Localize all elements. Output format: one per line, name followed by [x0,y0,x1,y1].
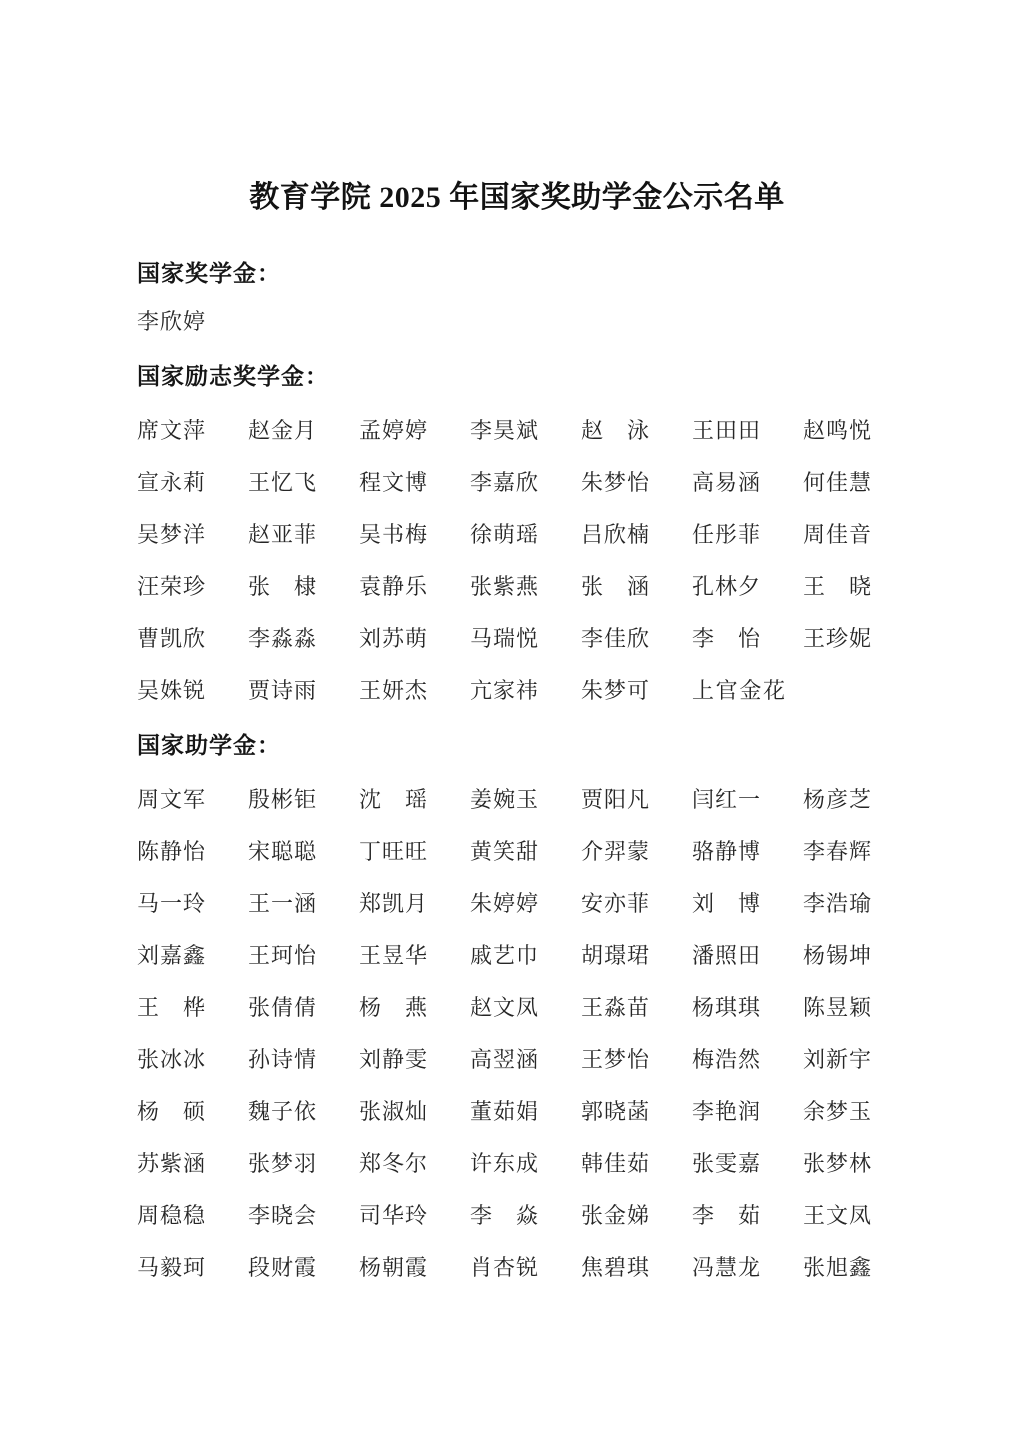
name-character: 刘 [692,892,714,915]
name-character: 瑶 [405,788,427,811]
student-name: 安亦菲 [581,892,649,915]
name-character: 婷 [516,892,538,915]
name-character: 李 [692,1204,714,1227]
name-character: 涵 [294,892,316,915]
name-character: 淼 [294,627,316,650]
name-character: 忆 [271,471,293,494]
name-character: 诗 [271,1048,293,1071]
student-name: 张梦林 [803,1152,871,1175]
name-character: 鑫 [183,944,205,967]
student-name: 王晓 [803,575,871,598]
name-character: 朝 [382,1256,404,1279]
name-character: 华 [405,944,427,967]
name-character: 周 [137,788,159,811]
student-name: 张梦羽 [248,1152,316,1175]
name-character: 婷 [405,419,427,442]
name-character: 凤 [849,1204,871,1227]
name-character: 张 [248,575,270,598]
student-name: 王桦 [137,996,205,1019]
name-character: 倩 [271,996,293,1019]
name-character: 张 [359,1100,381,1123]
name-character: 淑 [382,1100,404,1123]
name-character: 霞 [294,1256,316,1279]
student-name: 张旭鑫 [803,1256,871,1279]
name-character: 晓 [271,1204,293,1227]
name-character: 旺 [405,840,427,863]
name-character: 杨 [803,944,825,967]
student-name: 王忆飞 [248,471,316,494]
name-character: 新 [826,1048,848,1071]
name-character: 闫 [692,788,714,811]
student-name: 郭晓菡 [581,1100,649,1123]
name-character: 菲 [627,892,649,915]
name-character: 凤 [516,996,538,1019]
name-character: 欣 [627,627,649,650]
student-name: 马一玲 [137,892,205,915]
name-character: 朱 [470,892,492,915]
name-character: 永 [160,471,182,494]
student-name: 王妍杰 [359,679,427,702]
student-name: 苏紫涵 [137,1152,205,1175]
name-character: 艳 [715,1100,737,1123]
name-character: 东 [493,1152,515,1175]
name-character: 书 [382,523,404,546]
student-name: 王昱华 [359,944,427,967]
student-name: 赵泳 [581,419,649,442]
student-name: 戚艺巾 [470,944,538,967]
name-character: 菲 [294,523,316,546]
student-name: 何佳慧 [803,471,871,494]
name-character: 席 [137,419,159,442]
name-character: 子 [271,1100,293,1123]
name-character: 一 [738,788,760,811]
name-list-encouragement-scholarship: 席文萍赵金月孟婷婷李昊斌赵泳王田田赵鸣悦宣永莉王忆飞程文博李嘉欣朱梦怡高易涵何佳… [137,419,897,702]
student-name: 段财霞 [248,1256,316,1279]
name-character: 赵 [248,419,270,442]
name-character: 张 [803,1256,825,1279]
student-name: 潘照田 [692,944,760,967]
name-character: 一 [160,892,182,915]
name-character: 萌 [405,627,427,650]
student-name: 刘嘉鑫 [137,944,205,967]
name-character: 宣 [137,471,159,494]
name-character: 珂 [271,944,293,967]
name-character: 冯 [692,1256,714,1279]
name-character: 杰 [405,679,427,702]
name-character: 魏 [248,1100,270,1123]
student-name: 王田田 [692,419,760,442]
name-character: 嘉 [160,944,182,967]
student-name: 焦碧琪 [581,1256,649,1279]
student-name: 郑凯月 [359,892,427,915]
name-character: 李 [581,627,603,650]
student-name: 赵文凤 [470,996,538,1019]
student-name: 杨锡坤 [803,944,871,967]
name-character: 亢 [470,679,492,702]
name-character: 稳 [160,1204,182,1227]
name-character: 洋 [183,523,205,546]
name-character: 梅 [405,523,427,546]
name-character: 欣 [516,471,538,494]
name-character: 雨 [294,679,316,702]
name-character: 娣 [627,1204,649,1227]
student-name: 许东成 [470,1152,538,1175]
name-character: 焦 [581,1256,603,1279]
name-character: 欣 [183,627,205,650]
name-character: 琪 [738,996,760,1019]
student-name: 程文博 [359,471,427,494]
name-character: 梦 [271,1152,293,1175]
student-name: 胡璟珺 [581,944,649,967]
name-character: 李 [803,840,825,863]
name-character: 李 [470,419,492,442]
name-character: 阳 [604,788,626,811]
name-character: 文 [160,419,182,442]
name-character: 羿 [604,840,626,863]
student-name: 张棣 [248,575,316,598]
name-character: 吴 [359,523,381,546]
name-character: 妍 [382,679,404,702]
student-name: 赵金月 [248,419,316,442]
student-name: 张淑灿 [359,1100,427,1123]
name-character: 郑 [359,1152,381,1175]
name-character: 琪 [715,996,737,1019]
name-character: 贾 [248,679,270,702]
name-character: 静 [382,1048,404,1071]
student-name: 周稳稳 [137,1204,205,1227]
name-character: 佳 [826,523,848,546]
name-character: 凯 [382,892,404,915]
name-character: 文 [826,1204,848,1227]
student-name: 朱梦可 [581,679,649,702]
name-character: 夕 [738,575,760,598]
student-name: 李欣婷 [137,310,205,333]
name-character: 照 [715,944,737,967]
name-character: 璟 [604,944,626,967]
name-character: 华 [382,1204,404,1227]
name-character: 冰 [183,1048,205,1071]
name-character: 博 [405,471,427,494]
name-character: 苏 [137,1152,159,1175]
name-character: 宇 [849,1048,871,1071]
name-character: 董 [470,1100,492,1123]
name-character: 潘 [692,944,714,967]
name-character: 胡 [581,944,603,967]
section-encouragement-scholarship: 国家励志奖学金： 席文萍赵金月孟婷婷李昊斌赵泳王田田赵鸣悦宣永莉王忆飞程文博李嘉… [137,363,897,702]
student-name: 冯慧龙 [692,1256,760,1279]
name-character: 文 [160,788,182,811]
name-character: 陈 [803,996,825,1019]
name-character: 瑞 [493,627,515,650]
name-character: 田 [738,419,760,442]
name-character: 瑜 [849,892,871,915]
student-name: 杨燕 [359,996,427,1019]
name-character: 淼 [271,627,293,650]
name-character: 花 [763,679,785,702]
name-character: 骆 [692,840,714,863]
name-character: 浩 [715,1048,737,1071]
name-character: 许 [470,1152,492,1175]
name-character: 怡 [738,627,760,650]
name-character: 羽 [294,1152,316,1175]
name-character: 聪 [294,840,316,863]
name-character: 张 [803,1152,825,1175]
student-name: 李春辉 [803,840,871,863]
name-character: 涵 [516,1048,538,1071]
name-character: 燕 [405,996,427,1019]
name-character: 笑 [493,840,515,863]
name-character: 宋 [248,840,270,863]
name-character: 萌 [493,523,515,546]
name-character: 毅 [160,1256,182,1279]
name-character: 余 [803,1100,825,1123]
name-character: 杨 [692,996,714,1019]
student-name: 李怡 [692,627,760,650]
student-name: 徐萌瑶 [470,523,538,546]
name-character: 霞 [405,1256,427,1279]
name-character: 孔 [692,575,714,598]
name-character: 珂 [183,1256,205,1279]
student-name: 刘博 [692,892,760,915]
name-character: 王 [248,944,270,967]
name-list-national-grant: 周文军殷彬钜沈瑶姜婉玉贾阳凡闫红一杨彦芝陈静怡宋聪聪丁旺旺黄笑甜介羿蒙骆静博李春… [137,788,897,1279]
name-character: 莉 [183,471,205,494]
student-name: 赵亚菲 [248,523,316,546]
name-character: 冰 [160,1048,182,1071]
name-character: 荣 [160,575,182,598]
name-character: 亚 [271,523,293,546]
student-name: 张紫燕 [470,575,538,598]
student-name: 刘静雯 [359,1048,427,1071]
student-name: 闫红一 [692,788,760,811]
name-character: 官 [716,679,738,702]
name-character: 彦 [826,788,848,811]
name-character: 怡 [627,1048,649,1071]
name-character: 诗 [271,679,293,702]
student-name: 李晓会 [248,1204,316,1227]
name-character: 刘 [359,1048,381,1071]
name-character: 昱 [382,944,404,967]
section-heading-national-grant: 国家助学金： [137,732,897,759]
name-character: 怡 [294,944,316,967]
name-character: 嘉 [738,1152,760,1175]
name-character: 刘 [359,627,381,650]
name-character: 芝 [849,788,871,811]
student-name: 李嘉欣 [470,471,538,494]
name-character: 肖 [470,1256,492,1279]
name-character: 郭 [581,1100,603,1123]
name-character: 欣 [604,523,626,546]
name-character: 娟 [516,1100,538,1123]
name-character: 张 [137,1048,159,1071]
name-character: 文 [493,996,515,1019]
name-character: 春 [826,840,848,863]
name-character: 锐 [516,1256,538,1279]
name-character: 苏 [382,627,404,650]
student-name: 吴梦洋 [137,523,205,546]
student-name: 李焱 [470,1204,538,1227]
name-character: 王 [803,627,825,650]
name-character: 苗 [627,996,649,1019]
name-character: 颖 [849,996,871,1019]
student-name: 王淼苗 [581,996,649,1019]
name-character: 成 [516,1152,538,1175]
name-character: 孟 [359,419,381,442]
name-character: 翌 [493,1048,515,1071]
name-character: 妮 [849,627,871,650]
name-character: 悦 [849,419,871,442]
name-character: 涵 [738,471,760,494]
student-name: 魏子依 [248,1100,316,1123]
name-character: 杨 [359,1256,381,1279]
name-character: 赵 [248,523,270,546]
name-character: 棣 [294,575,316,598]
student-name: 殷彬钜 [248,788,316,811]
name-character: 乐 [405,575,427,598]
name-character: 程 [359,471,381,494]
section-national-scholarship: 国家奖学金： 李欣婷 [137,260,897,333]
name-character: 李 [803,892,825,915]
name-character: 婉 [493,788,515,811]
name-character: 金 [739,679,761,702]
name-character: 怡 [627,471,649,494]
name-character: 杨 [137,1100,159,1123]
student-name: 宣永莉 [137,471,205,494]
name-character: 杏 [493,1256,515,1279]
student-name: 赵鸣悦 [803,419,871,442]
name-character: 瑶 [516,523,538,546]
name-character: 陈 [137,840,159,863]
name-character: 张 [581,575,603,598]
name-character: 亦 [604,892,626,915]
student-name: 马毅珂 [137,1256,205,1279]
name-character: 汪 [137,575,159,598]
name-character: 何 [803,471,825,494]
name-character: 王 [248,892,270,915]
name-character: 张 [692,1152,714,1175]
student-name: 司华玲 [359,1204,427,1227]
name-character: 凡 [627,788,649,811]
name-character: 高 [692,471,714,494]
name-character: 吕 [581,523,603,546]
name-character: 燕 [516,575,538,598]
name-character: 张 [581,1204,603,1227]
student-name: 沈瑶 [359,788,427,811]
name-character: 周 [137,1204,159,1227]
name-character: 段 [248,1256,270,1279]
name-character: 马 [137,892,159,915]
name-character: 鑫 [849,1256,871,1279]
name-character: 家 [493,679,515,702]
name-character: 上 [692,679,714,702]
name-character: 王 [581,996,603,1019]
name-character: 锡 [826,944,848,967]
name-character: 田 [738,944,760,967]
student-name: 席文萍 [137,419,205,442]
name-character: 紫 [160,1152,182,1175]
name-character: 张 [248,1152,270,1175]
name-character: 安 [581,892,603,915]
student-name: 韩佳茹 [581,1152,649,1175]
name-character: 菲 [738,523,760,546]
student-name: 陈昱颖 [803,996,871,1019]
name-character: 悦 [516,627,538,650]
name-character: 旺 [382,840,404,863]
name-character: 灿 [405,1100,427,1123]
name-character: 孙 [248,1048,270,1071]
student-name: 郑冬尔 [359,1152,427,1175]
name-character: 高 [470,1048,492,1071]
student-name: 介羿蒙 [581,840,649,863]
name-character: 梦 [826,1152,848,1175]
name-character: 凯 [160,627,182,650]
name-character: 杨 [803,788,825,811]
student-name: 骆静博 [692,840,760,863]
name-character: 晓 [604,1100,626,1123]
student-name: 张倩倩 [248,996,316,1019]
document-page: 教育学院 2025 年国家奖助学金公示名单 国家奖学金： 李欣婷 国家励志奖学金… [0,0,1024,1448]
name-character: 赵 [803,419,825,442]
name-character: 张 [248,996,270,1019]
student-name: 杨彦芝 [803,788,871,811]
name-character: 赵 [470,996,492,1019]
name-character: 欣 [160,310,182,333]
name-character: 聪 [271,840,293,863]
name-character: 音 [849,523,871,546]
name-character: 戚 [470,944,492,967]
name-character: 姝 [160,679,182,702]
name-character: 泳 [627,419,649,442]
student-name: 杨硕 [137,1100,205,1123]
name-character: 焱 [516,1204,538,1227]
name-character: 祎 [516,679,538,702]
name-character: 静 [160,840,182,863]
name-character: 玲 [183,892,205,915]
name-character: 静 [382,575,404,598]
student-name: 黄笑甜 [470,840,538,863]
student-name: 上官金花 [692,679,785,702]
name-character: 慧 [849,471,871,494]
name-character: 佳 [604,627,626,650]
name-character: 倩 [294,996,316,1019]
section-national-grant: 国家助学金： 周文军殷彬钜沈瑶姜婉玉贾阳凡闫红一杨彦芝陈静怡宋聪聪丁旺旺黄笑甜介… [137,732,897,1279]
name-character: 刘 [137,944,159,967]
student-name: 孙诗情 [248,1048,316,1071]
name-character: 任 [692,523,714,546]
name-character: 涵 [183,1152,205,1175]
name-character: 梦 [604,1048,626,1071]
name-character: 锐 [183,679,205,702]
name-character: 玲 [405,1204,427,1227]
name-character: 然 [738,1048,760,1071]
student-name: 王一涵 [248,892,316,915]
name-character: 晓 [849,575,871,598]
name-character: 金 [604,1204,626,1227]
name-character: 财 [271,1256,293,1279]
name-character: 杨 [359,996,381,1019]
name-character: 辉 [849,840,871,863]
student-name: 朱梦怡 [581,471,649,494]
name-character: 婷 [493,892,515,915]
student-name: 吕欣楠 [581,523,649,546]
student-name: 周佳音 [803,523,871,546]
name-character: 沈 [359,788,381,811]
name-character: 郑 [359,892,381,915]
student-name: 高易涵 [692,471,760,494]
name-character: 润 [738,1100,760,1123]
student-name: 王珍妮 [803,627,871,650]
name-character: 马 [470,627,492,650]
